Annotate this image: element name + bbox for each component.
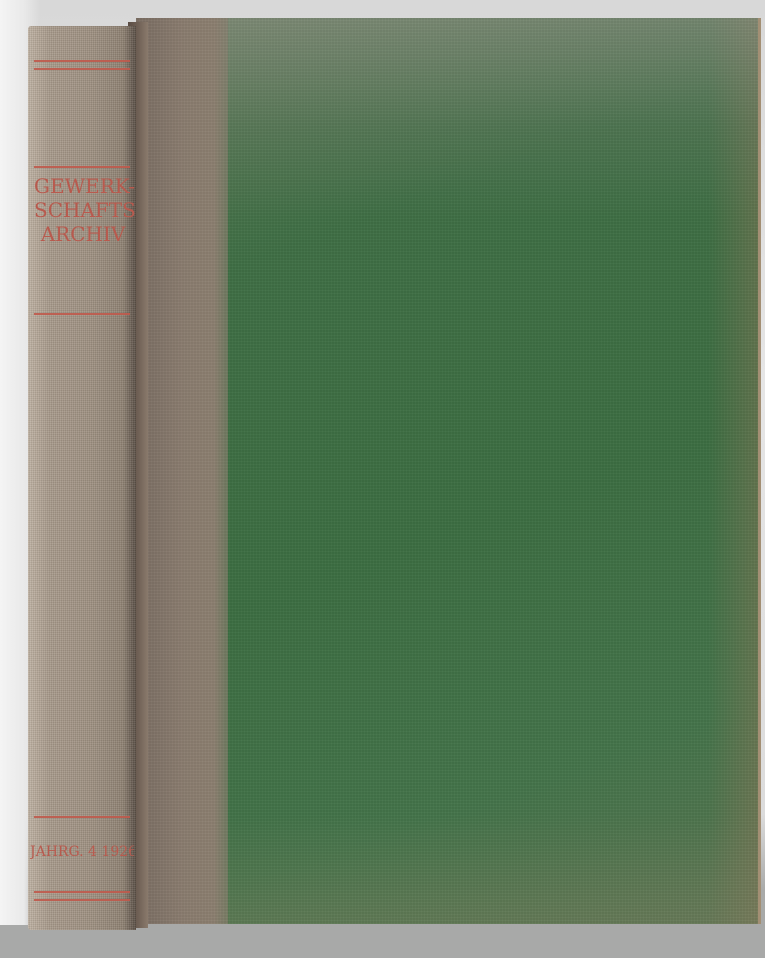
book: GEWERK- SCHAFTS ARCHIV JAHRG. 4 1926 — [28, 18, 758, 930]
spine-rule-title-bottom — [34, 313, 130, 315]
book-spine: GEWERK- SCHAFTS ARCHIV JAHRG. 4 1926 — [28, 26, 136, 930]
cover-cloth-strip — [136, 18, 228, 924]
front-cover — [136, 18, 761, 924]
spine-title-line: GEWERK- — [34, 174, 132, 198]
spine-rule-top-2 — [34, 68, 130, 70]
spine-rule-title-top — [34, 166, 130, 168]
spine-title-line: ARCHIV — [34, 222, 132, 246]
spine-rule-bottom-2 — [34, 899, 130, 901]
spine-title: GEWERK- SCHAFTS ARCHIV — [34, 174, 132, 246]
spine-title-line: SCHAFTS — [34, 198, 132, 222]
spine-rule-top-1 — [34, 60, 130, 62]
spine-volume-label: JAHRG. 4 1926 — [30, 844, 134, 860]
spine-rule-bottom-1 — [34, 891, 130, 893]
spine-rule-foot-top — [34, 816, 130, 818]
